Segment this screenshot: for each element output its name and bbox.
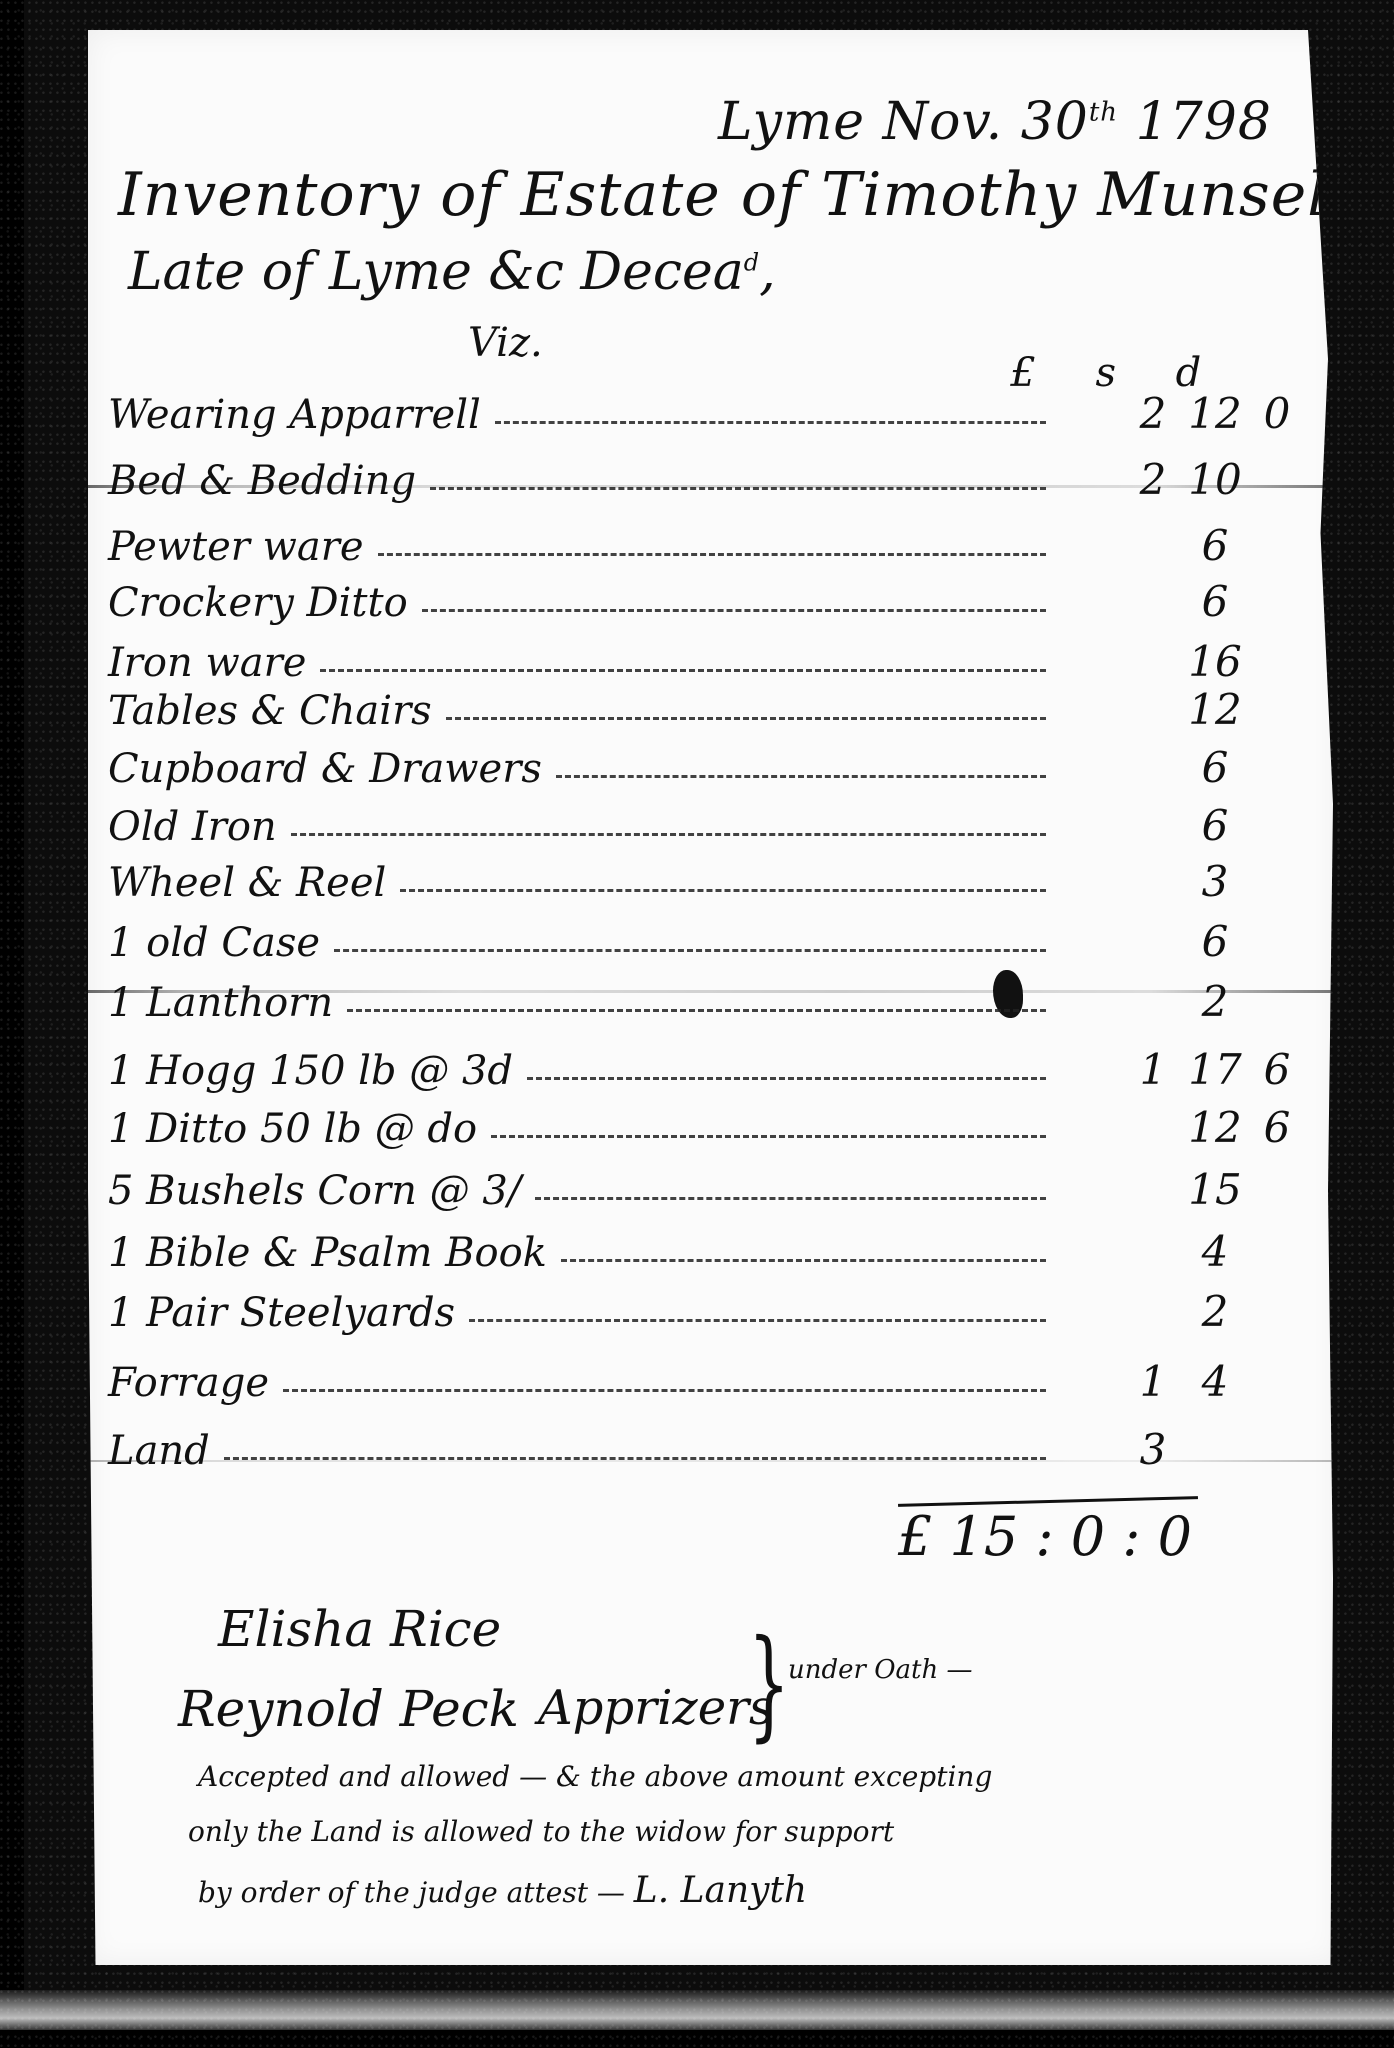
amount-shillings: 6: [1184, 917, 1246, 966]
amount-shillings: 6: [1184, 743, 1246, 792]
amount-shillings: 6: [1184, 521, 1246, 570]
brace-glyph: }: [748, 1615, 790, 1754]
amount-pounds: [1122, 1165, 1184, 1214]
item-label: 1 Ditto 50 lb @ do: [108, 1106, 477, 1152]
amount-pounds: 1: [1122, 1357, 1184, 1406]
leader-dashes: [283, 1389, 1046, 1392]
amount-shillings: 6: [1184, 577, 1246, 626]
dateline-month: Nov.: [883, 92, 1004, 152]
item-amount: 2: [1058, 977, 1308, 1026]
inventory-total: £ 15 : 0 : 0: [898, 1505, 1192, 1568]
leader-dashes: [320, 669, 1046, 672]
amount-shillings: 12: [1184, 389, 1246, 438]
amount-pence: [1246, 1227, 1308, 1276]
amount-pence: [1246, 577, 1308, 626]
subtitle-deceased-sup: d: [744, 249, 759, 277]
endorsement-line: Accepted and allowed — & the above amoun…: [198, 1760, 992, 1793]
item-amount: 6: [1058, 917, 1308, 966]
inventory-row: Land 3: [108, 1418, 1308, 1474]
amount-pence: [1246, 1425, 1308, 1474]
inventory-row: 1 Hogg 150 lb @ 3d 1 17 6: [108, 1038, 1308, 1094]
inventory-row: Old Iron 6: [108, 794, 1308, 850]
item-label: 1 old Case: [108, 920, 320, 966]
item-amount: 12: [1058, 685, 1308, 734]
leader-dashes: [556, 775, 1046, 778]
inventory-row: 1 Pair Steelyards 2: [108, 1280, 1308, 1336]
leader-dashes: [347, 1009, 1046, 1012]
item-amount: 6: [1058, 521, 1308, 570]
amount-pence: [1246, 801, 1308, 850]
leader-dashes: [527, 1077, 1046, 1080]
item-label: Old Iron: [108, 804, 277, 850]
leader-dashes: [334, 949, 1046, 952]
item-label: Wheel & Reel: [108, 860, 386, 906]
leader-dashes: [495, 421, 1046, 424]
amount-pence: [1246, 685, 1308, 734]
amount-pence: [1246, 455, 1308, 504]
amount-pounds: 3: [1122, 1425, 1184, 1474]
item-label: Tables & Chairs: [108, 688, 432, 734]
item-label: Crockery Ditto: [108, 580, 408, 626]
item-amount: 2: [1058, 1287, 1308, 1336]
item-label: Forrage: [108, 1360, 269, 1406]
appraiser-name: Reynold Peck: [178, 1680, 519, 1738]
leader-dashes: [422, 609, 1046, 612]
amount-pounds: [1122, 685, 1184, 734]
scan-edge-left: [0, 0, 24, 2048]
leader-dashes: [535, 1197, 1046, 1200]
item-label: 1 Lanthorn: [108, 980, 333, 1026]
item-amount: 15: [1058, 1165, 1308, 1214]
leader-dashes: [469, 1319, 1046, 1322]
inventory-row: 1 old Case 6: [108, 910, 1308, 966]
amount-pence: [1246, 977, 1308, 1026]
amount-shillings: 15: [1184, 1165, 1246, 1214]
amount-pence: [1246, 1165, 1308, 1214]
amount-pounds: [1122, 977, 1184, 1026]
inventory-row: Cupboard & Drawers 6: [108, 736, 1308, 792]
inventory-row: Wearing Apparrell 2 12 0: [108, 382, 1308, 438]
amount-pence: [1246, 857, 1308, 906]
subtitle-deceased: Decea: [580, 242, 743, 302]
amount-pounds: [1122, 1227, 1184, 1276]
subtitle-punct: ,: [759, 242, 776, 302]
item-amount: 3: [1058, 1425, 1308, 1474]
leader-dashes: [224, 1457, 1046, 1460]
amount-pounds: [1122, 577, 1184, 626]
amount-pounds: 2: [1122, 389, 1184, 438]
item-amount: 6: [1058, 801, 1308, 850]
amount-pounds: [1122, 1103, 1184, 1152]
amount-pounds: [1122, 1287, 1184, 1336]
inventory-row: Pewter ware 6: [108, 514, 1308, 570]
item-amount: 1 4: [1058, 1357, 1308, 1406]
item-label: 1 Pair Steelyards: [108, 1290, 455, 1336]
amount-pounds: 1: [1122, 1045, 1184, 1094]
document-subtitle: Late of Lyme &c Decead,: [128, 242, 776, 302]
endorsement-line: by order of the judge attest — L. Lanyth: [198, 1870, 807, 1911]
amount-shillings: 12: [1184, 685, 1246, 734]
amount-shillings: 17: [1184, 1045, 1246, 1094]
scan-edge-bottom-band: [0, 1990, 1394, 2030]
leader-dashes: [446, 717, 1046, 720]
leader-dashes: [430, 487, 1046, 490]
appraiser-name: Elisha Rice: [218, 1600, 501, 1658]
item-amount: 3: [1058, 857, 1308, 906]
item-label: 1 Hogg 150 lb @ 3d: [108, 1048, 513, 1094]
item-amount: 12 6: [1058, 1103, 1308, 1152]
dateline: Lyme Nov. 30th 1798: [718, 92, 1272, 152]
amount-pounds: [1122, 917, 1184, 966]
item-amount: 2 10: [1058, 455, 1308, 504]
inventory-row: 1 Bible & Psalm Book 4: [108, 1220, 1308, 1276]
leader-dashes: [291, 833, 1046, 836]
clerk-signature: L. Lanyth: [634, 1870, 807, 1911]
dateline-day: 30: [1021, 92, 1089, 152]
leader-dashes: [561, 1259, 1046, 1262]
inventory-row: Bed & Bedding 2 10: [108, 448, 1308, 504]
amount-pence: 0: [1246, 389, 1308, 438]
amount-pence: [1246, 917, 1308, 966]
amount-shillings: [1184, 1425, 1246, 1474]
endorsement-line: only the Land is allowed to the widow fo…: [188, 1815, 894, 1848]
inventory-row: 1 Ditto 50 lb @ do 12 6: [108, 1096, 1308, 1152]
item-label: Land: [108, 1428, 210, 1474]
dateline-place: Lyme: [718, 92, 865, 152]
amount-shillings: 4: [1184, 1227, 1246, 1276]
amount-shillings: 6: [1184, 801, 1246, 850]
amount-shillings: 4: [1184, 1357, 1246, 1406]
item-label: 1 Bible & Psalm Book: [108, 1230, 547, 1276]
amount-shillings: 10: [1184, 455, 1246, 504]
inventory-row: 1 Lanthorn 2: [108, 970, 1308, 1026]
endorsement-attest: by order of the judge attest —: [198, 1876, 625, 1909]
item-amount: 1 17 6: [1058, 1045, 1308, 1094]
amount-shillings: 2: [1184, 977, 1246, 1026]
amount-pence: [1246, 521, 1308, 570]
document-title: Inventory of Estate of Timothy Munsell: [118, 160, 1348, 230]
appraiser-role: Apprizers: [538, 1680, 774, 1736]
scan-edge-bottom: [0, 2030, 1394, 2048]
amount-shillings: 3: [1184, 857, 1246, 906]
inventory-row: 5 Bushels Corn @ 3/ 15: [108, 1158, 1308, 1214]
amount-pence: 6: [1246, 1045, 1308, 1094]
subtitle-late-of: Late of Lyme: [128, 242, 472, 302]
inventory-row: Crockery Ditto 6: [108, 570, 1308, 626]
amount-pence: [1246, 1287, 1308, 1336]
item-label: Cupboard & Drawers: [108, 746, 542, 792]
item-label: Wearing Apparrell: [108, 392, 481, 438]
oath-note: under Oath —: [788, 1655, 973, 1685]
amount-pounds: [1122, 743, 1184, 792]
amount-pence: 6: [1246, 1103, 1308, 1152]
inventory-row: Tables & Chairs 12: [108, 678, 1308, 734]
amount-pence: [1246, 1357, 1308, 1406]
amount-shillings: 2: [1184, 1287, 1246, 1336]
amount-shillings: 12: [1184, 1103, 1246, 1152]
inventory-row: Forrage 1 4: [108, 1350, 1308, 1406]
document-sheet: Lyme Nov. 30th 1798 Inventory of Estate …: [88, 30, 1338, 1965]
viz-label: Viz.: [468, 320, 543, 366]
amount-pounds: [1122, 857, 1184, 906]
subtitle-etc: &c: [488, 242, 563, 302]
inventory-row: Wheel & Reel 3: [108, 850, 1308, 906]
item-amount: 2 12 0: [1058, 389, 1308, 438]
item-label: 5 Bushels Corn @ 3/: [108, 1168, 521, 1214]
amount-pounds: [1122, 521, 1184, 570]
item-label: Pewter ware: [108, 524, 364, 570]
dateline-year: 1798: [1136, 92, 1272, 152]
item-amount: 6: [1058, 743, 1308, 792]
leader-dashes: [491, 1135, 1046, 1138]
item-amount: 4: [1058, 1227, 1308, 1276]
amount-pounds: 2: [1122, 455, 1184, 504]
amount-pounds: [1122, 801, 1184, 850]
dateline-day-suffix: th: [1089, 98, 1118, 128]
amount-pence: [1246, 743, 1308, 792]
item-amount: 6: [1058, 577, 1308, 626]
leader-dashes: [400, 889, 1046, 892]
leader-dashes: [378, 553, 1047, 556]
item-label: Bed & Bedding: [108, 458, 416, 504]
